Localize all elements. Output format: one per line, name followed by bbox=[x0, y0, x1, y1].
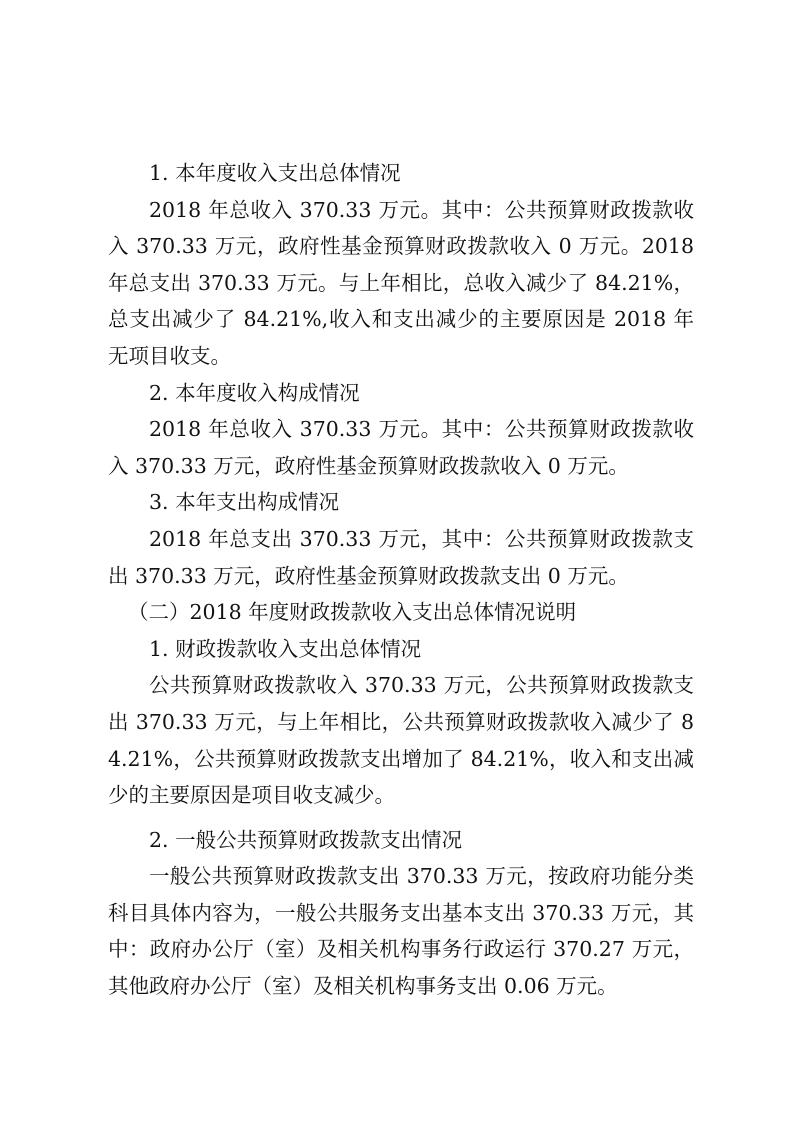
heading-fiscal-overview: 1. 财政拨款收入支出总体情况 bbox=[108, 631, 694, 668]
document-page: 1. 本年度收入支出总体情况 2018 年总收入 370.33 万元。其中：公共… bbox=[108, 155, 694, 1005]
spacer bbox=[108, 814, 694, 822]
paragraph-income-composition: 2018 年总收入 370.33 万元。其中：公共预算财政拨款收入 370.33… bbox=[108, 411, 694, 484]
heading-expense-composition: 3. 本年支出构成情况 bbox=[108, 484, 694, 521]
heading-income-composition: 2. 本年度收入构成情况 bbox=[108, 375, 694, 412]
heading-income-expense-overview: 1. 本年度收入支出总体情况 bbox=[108, 155, 694, 192]
heading-general-budget-expense: 2. 一般公共预算财政拨款支出情况 bbox=[108, 822, 694, 859]
paragraph-general-budget-expense: 一般公共预算财政拨款支出 370.33 万元，按政府功能分类科目具体内容为，一般… bbox=[108, 858, 694, 1004]
paragraph-income-expense-overview: 2018 年总收入 370.33 万元。其中：公共预算财政拨款收入 370.33… bbox=[108, 192, 694, 375]
section-heading-fiscal-appropriation: （二）2018 年度财政拨款收入支出总体情况说明 bbox=[108, 594, 694, 631]
paragraph-expense-composition: 2018 年总支出 370.33 万元，其中：公共预算财政拨款支出 370.33… bbox=[108, 521, 694, 594]
paragraph-fiscal-overview: 公共预算财政拨款收入 370.33 万元，公共预算财政拨款支出 370.33 万… bbox=[108, 667, 694, 813]
